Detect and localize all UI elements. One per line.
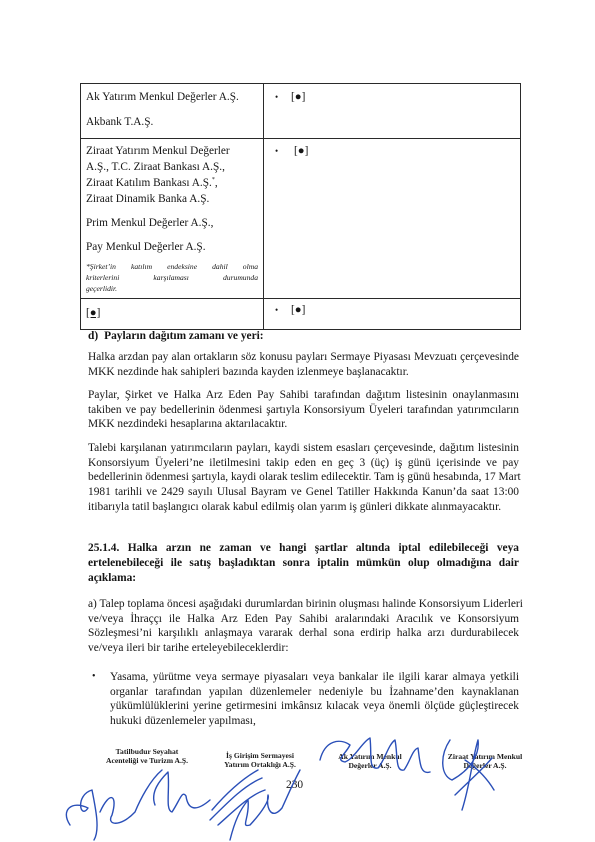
paragraph-line: 1981 tarihli ve 2429 sayılı Ulusal Bayra… [88, 485, 519, 500]
table-cell-members: Ziraat Yatırım Menkul Değerler A.Ş., T.C… [81, 139, 264, 299]
table-cell-amount: • [●] [264, 299, 521, 330]
paragraph: Paylar, Şirket ve Halka Arz Eden Pay Sah… [88, 388, 519, 432]
member-name: Prim Menkul Değerler A.Ş., [86, 216, 258, 230]
placeholder-value: [●] [86, 306, 258, 320]
section-d-heading: d)Payların dağıtım zamanı ve yeri: [88, 330, 264, 342]
bullet-icon: • [275, 303, 291, 317]
table-cell-members: Ak Yatırım Menkul Değerler A.Ş. Akbank T… [81, 84, 264, 139]
heading-line: 25.1.4. Halka arzın ne zaman ve hangi şa… [88, 541, 519, 556]
paragraph-line: ve/veya İhraççı ile Halka Arz Eden Pay S… [88, 612, 519, 627]
section-label: d) [88, 330, 98, 342]
paragraph-line: Talebi karşılanan yatırımcıların payları… [88, 441, 519, 456]
signature-icon [66, 770, 162, 840]
section-title: Payların dağıtım zamanı ve yeri: [104, 330, 263, 342]
paragraph-line: Halka arzdan pay alan ortakların söz kon… [88, 350, 519, 365]
placeholder-value: [●] [291, 90, 305, 104]
signatory-label: Tatilbudur Seyahat Acenteliği ve Turizm … [92, 747, 202, 765]
paragraph-line: a) Talep toplama öncesi aşağıdaki duruml… [88, 597, 519, 612]
paragraph-line: Sözleşmesi’ni karşılıklı anlaşmaya varar… [88, 626, 519, 641]
footnote-line: geçerlidir. [86, 283, 258, 294]
table-cell-amount: • [●] [264, 84, 521, 139]
paragraph-line: MKK nezdindeki hesaplarına aktarılacaktı… [88, 417, 519, 432]
list-item-line: organlar tarafından yapılan düzenlemeler… [110, 685, 519, 700]
member-name: Pay Menkul Değerler A.Ş. [86, 240, 258, 254]
page-number: 230 [286, 779, 303, 791]
member-name: Ziraat Yatırım Menkul Değerler [86, 144, 258, 158]
signature-icon [210, 770, 265, 825]
list-item-line: Yasama, yürütme veya sermaye piyasaları … [110, 670, 519, 685]
paragraph-line: bedellerinin ödenmesi şartıyla, kaydi ol… [88, 470, 519, 485]
signature-icon [154, 772, 210, 812]
paragraph-line: itibarıyla tatil başlangıcı olarak kabul… [88, 500, 519, 515]
bullet-icon: • [275, 144, 291, 158]
member-name: Ziraat Dinamik Banka A.Ş. [86, 192, 258, 206]
member-name: Ak Yatırım Menkul Değerler A.Ş. [86, 90, 258, 104]
placeholder-value: [●] [291, 303, 305, 317]
member-name-text: Ziraat Katılım Bankası A.Ş. [86, 177, 212, 189]
table-cell-members: [●] [81, 299, 264, 330]
signatory-label: İş Girişim Sermayesi Yatırım Ortaklığı A… [205, 751, 315, 769]
placeholder-value: [●] [294, 144, 308, 158]
list-item-line: yükümlülüklerini yerine getirmesini imkâ… [110, 699, 519, 714]
list-item-line: hukuki düzenlemeler yapılması, [110, 714, 519, 729]
list-item: • Yasama, yürütme veya sermaye piyasalar… [88, 670, 519, 729]
signatory-label: Ziraat Yatırım Menkul Değerler A.Ş. [430, 752, 540, 770]
signatory-line: Acenteliği ve Turizm A.Ş. [92, 756, 202, 765]
paragraph-line: ve/veya ileri bir tarihe erteleyebilecek… [88, 641, 519, 656]
signatory-line: Yatırım Ortaklığı A.Ş. [205, 760, 315, 769]
paragraph-line: MKK nezdinde hak sahipleri bazında kayde… [88, 365, 519, 380]
signatory-line: Tatilbudur Seyahat [92, 747, 202, 756]
table-row: Ziraat Yatırım Menkul Değerler A.Ş., T.C… [81, 139, 521, 299]
paragraph-line: Paylar, Şirket ve Halka Arz Eden Pay Sah… [88, 388, 519, 403]
paragraph-line: Konsorsiyum Üyeleri’ne iletilmesini taki… [88, 456, 519, 471]
member-name: Ziraat Katılım Bankası A.Ş.*, [86, 176, 258, 190]
footnote-line: *Şirket’in katılım endeksine dahil olma [86, 261, 258, 272]
footnote: *Şirket’in katılım endeksine dahil olma … [86, 261, 258, 294]
bullet-icon: • [275, 90, 291, 104]
table-row: [●] • [●] [81, 299, 521, 330]
heading-line: ertelenebileceği ile satış başladıktan s… [88, 556, 519, 571]
signatory-line: İş Girişim Sermayesi [205, 751, 315, 760]
bullet-icon: • [92, 670, 96, 685]
signatory-line: Değerler A.Ş. [320, 761, 420, 770]
member-name: A.Ş., T.C. Ziraat Bankası A.Ş., [86, 160, 258, 174]
footnote-line: kriterlerini karşılaması durumunda [86, 272, 258, 283]
signatory-line: Ziraat Yatırım Menkul [430, 752, 540, 761]
section-2514-heading: 25.1.4. Halka arzın ne zaman ve hangi şa… [88, 541, 519, 586]
signature-icon [443, 740, 494, 810]
signatory-line: Değerler A.Ş. [430, 761, 540, 770]
member-name: Akbank T.A.Ş. [86, 115, 258, 129]
table-row: Ak Yatırım Menkul Değerler A.Ş. Akbank T… [81, 84, 521, 139]
signatory-line: Ak Yatırım Menkul [320, 752, 420, 761]
paragraph-line: takiben ve pay bedellerinin ödenmesi şar… [88, 403, 519, 418]
document-page: Ak Yatırım Menkul Değerler A.Ş. Akbank T… [0, 0, 595, 842]
table-cell-amount: • [●] [264, 139, 521, 299]
comma: , [215, 177, 218, 189]
paragraph-a: a) Talep toplama öncesi aşağıdaki duruml… [88, 597, 519, 656]
heading-line: açıklama: [88, 571, 519, 586]
paragraph: Halka arzdan pay alan ortakların söz kon… [88, 350, 519, 379]
consortium-table: Ak Yatırım Menkul Değerler A.Ş. Akbank T… [80, 83, 521, 330]
paragraph: Talebi karşılanan yatırımcıların payları… [88, 441, 519, 515]
signatory-label: Ak Yatırım Menkul Değerler A.Ş. [320, 752, 420, 770]
